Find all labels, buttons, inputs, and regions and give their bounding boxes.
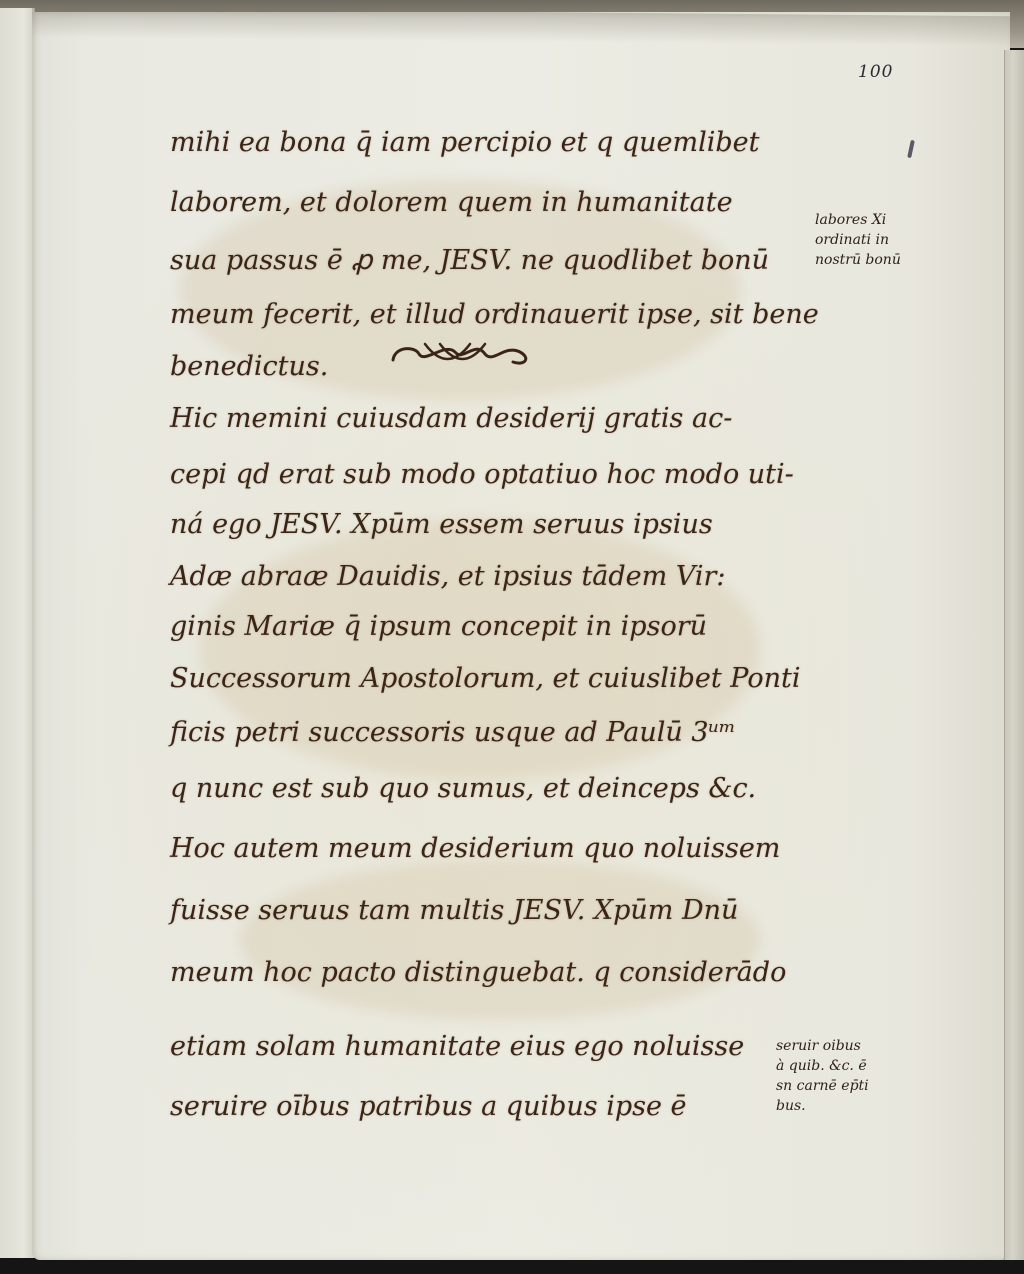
- margin-note-line: ordinati in: [815, 230, 901, 250]
- text-line: ná ego JESV. Xpūm essem seruus ipsius: [170, 508, 713, 548]
- text-line: Successorum Apostolorum, et cuiuslibet P…: [170, 662, 800, 702]
- text-line: meum fecerit, et illud ordinauerit ipse,…: [170, 298, 819, 338]
- text-line: meum hoc pacto distinguebat. q considerā…: [170, 956, 786, 996]
- margin-note-top: labores Xi ordinati in nostrū bonū: [815, 210, 901, 270]
- text-line: ginis Mariæ q̄ ipsum concepit in ipsorū: [170, 610, 707, 650]
- text-line: ficis petri successoris usque ad Paulū 3…: [170, 716, 736, 756]
- paper-stain: [240, 860, 760, 1020]
- margin-note-line: à quib. &c. ē: [776, 1056, 869, 1076]
- flourish-ornament: [385, 334, 535, 374]
- text-line: sua passus ē ꝓ me, JESV. ne quodlibet bo…: [170, 244, 769, 284]
- text-line: etiam solam humanitate eius ego noluisse: [170, 1030, 744, 1070]
- margin-note-line: bus.: [776, 1096, 869, 1116]
- text-line: mihi ea bona q̄ iam percipio et q quemli…: [170, 126, 760, 166]
- left-facing-page: [0, 8, 35, 1258]
- text-line: fuisse seruus tam multis JESV. Xpūm Dnū: [170, 894, 738, 934]
- margin-note-line: seruir oibus: [776, 1036, 869, 1056]
- text-line: cepi qd erat sub modo optatiuo hoc modo …: [170, 458, 794, 498]
- text-line: seruire oībus patribus a quibus ipse ē: [170, 1090, 687, 1130]
- margin-note-line: nostrū bonū: [815, 250, 901, 270]
- margin-note-line: labores Xi: [815, 210, 901, 230]
- text-line: Hoc autem meum desiderium quo noluissem: [170, 832, 780, 872]
- text-line: q nunc est sub quo sumus, et deinceps &c…: [170, 772, 756, 812]
- manuscript-scene: 100 mihi ea bona q̄ iam percipio et q qu…: [0, 0, 1024, 1274]
- page-number: 100: [858, 62, 893, 82]
- margin-note-bottom: seruir oibus à quib. &c. ē sn carnē ep̄t…: [776, 1036, 869, 1116]
- text-line: Adæ abraæ Dauidis, et ipsius tādem Vir:: [170, 560, 726, 600]
- margin-note-line: sn carnē ep̄ti: [776, 1076, 869, 1096]
- text-line: benedictus.: [170, 350, 328, 390]
- text-line: laborem, et dolorem quem in humanitate: [170, 186, 733, 226]
- page-right-edge: [1004, 50, 1024, 1260]
- text-line: Hic memini cuiusdam desiderij gratis ac-: [170, 402, 732, 442]
